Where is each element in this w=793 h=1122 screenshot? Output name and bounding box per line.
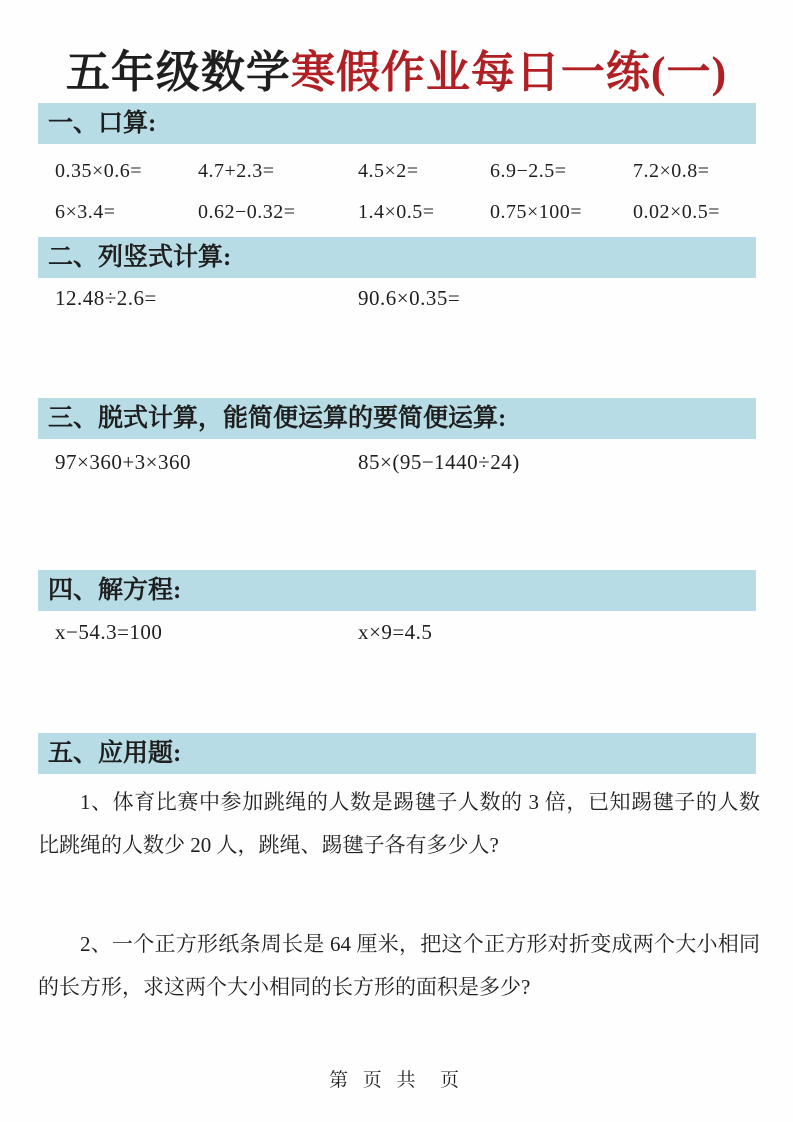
section-heading-vertical-calc: 二、列竖式计算: <box>48 244 231 271</box>
oral-problem: 4.7+2.3= <box>198 160 275 183</box>
oral-problem: 0.35×0.6= <box>55 160 142 183</box>
page-footer: 第 页 共 页 <box>0 1065 793 1092</box>
vertical-calc-problem: 12.48÷2.6= <box>55 286 157 311</box>
vertical-calc-problem: 90.6×0.35= <box>358 286 460 311</box>
equation-problem: x−54.3=100 <box>55 620 162 645</box>
title-grade-subject: 五年级数学 <box>66 48 291 97</box>
section-heading-equations: 四、解方程: <box>48 577 181 604</box>
section-bar-word-problems: 五、应用题: <box>38 733 756 774</box>
section-heading-word-problems: 五、应用题: <box>48 740 181 767</box>
section-bar-stepwise-calc: 三、脱式计算，能简便运算的要简便运算: <box>38 398 756 439</box>
stepwise-problem: 85×(95−1440÷24) <box>358 450 520 475</box>
section-bar-equations: 四、解方程: <box>38 570 756 611</box>
oral-problem: 4.5×2= <box>358 160 419 183</box>
page-title: 五年级数学寒假作业每日一练(一) <box>0 36 793 100</box>
oral-problem: 6×3.4= <box>55 201 116 224</box>
section-heading-stepwise-calc: 三、脱式计算，能简便运算的要简便运算: <box>48 405 506 432</box>
section-bar-oral-calc: 一、口算: <box>38 103 756 144</box>
oral-problem: 6.9−2.5= <box>490 160 567 183</box>
worksheet-page: 五年级数学寒假作业每日一练(一) 一、口算: 0.35×0.6= 4.7+2.3… <box>0 0 793 1122</box>
oral-problem: 0.75×100= <box>490 201 582 224</box>
section-bar-vertical-calc: 二、列竖式计算: <box>38 237 756 278</box>
oral-problem: 1.4×0.5= <box>358 201 435 224</box>
section-heading-oral-calc: 一、口算: <box>48 110 156 137</box>
stepwise-problem: 97×360+3×360 <box>55 450 191 475</box>
oral-problem: 0.02×0.5= <box>633 201 720 224</box>
oral-problem: 0.62−0.32= <box>198 201 296 224</box>
title-assignment-name: 寒假作业每日一练(一) <box>291 48 727 97</box>
word-problem-1: 1、体育比赛中参加跳绳的人数是踢毽子人数的 3 倍，已知踢毽子的人数比跳绳的人数… <box>38 781 760 867</box>
oral-problem: 7.2×0.8= <box>633 160 710 183</box>
equation-problem: x×9=4.5 <box>358 620 432 645</box>
word-problem-2: 2、一个正方形纸条周长是 64 厘米，把这个正方形对折变成两个大小相同的长方形，… <box>38 923 760 1009</box>
